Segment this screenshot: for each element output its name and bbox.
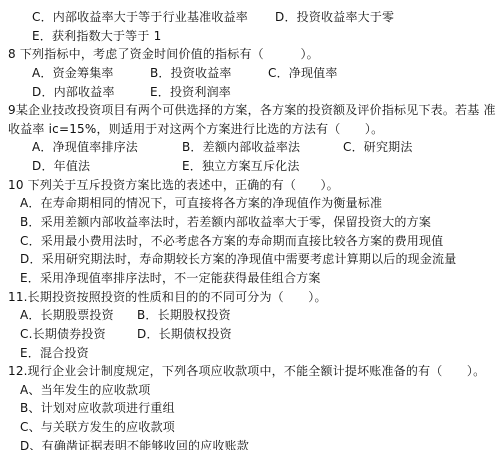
q9-option-a: A．净现值率排序法 bbox=[32, 138, 138, 157]
q10-option-a: A．在寿命期相同的情况下，可直接将各方案的净现值作为衡量标准 bbox=[20, 194, 382, 213]
q12-option-a-row: A、当年发生的应收款项 bbox=[0, 381, 502, 400]
q10-option-d: D．采用研究期法时，寿命期较长方案的净现值中需要考虑计算期以后的现金流量 bbox=[20, 250, 456, 269]
q10-option-c: C．采用最小费用法时，不必考虑各方案的寿命期而直接比较各方案的费用现值 bbox=[20, 232, 443, 251]
q8-stem: 8 下列指标中，考虑了资金时间价值的指标有（ ）。 bbox=[0, 45, 502, 64]
q12-option-b-row: B、计划对应收款项进行重组 bbox=[0, 399, 502, 418]
q12-option-d-row: D、有确凿证据表明不能够收回的应收账款 bbox=[0, 437, 502, 450]
q12-stem: 12.现行企业会计制度规定，下列各项应收款项中，不能全额计提坏账准备的有（ ）。 bbox=[0, 362, 502, 381]
q11-option-d: D．长期债权投资 bbox=[137, 325, 232, 344]
q11-option-b: B．长期股权投资 bbox=[137, 306, 231, 325]
q12-option-c-row: C、与关联方发生的应收款项 bbox=[0, 418, 502, 437]
q12-option-d: D、有确凿证据表明不能够收回的应收账款 bbox=[20, 437, 249, 450]
q11-option-e: E．混合投资 bbox=[20, 344, 89, 363]
q10-option-b: B．采用差额内部收益率法时，若差额内部收益率大于零，保留投资大的方案 bbox=[20, 213, 431, 232]
q8-option-d: D．内部收益率 bbox=[32, 83, 115, 102]
q12-option-a: A、当年发生的应收款项 bbox=[20, 381, 150, 400]
q9-option-b: B．差额内部收益率法 bbox=[182, 138, 300, 157]
q11-options-row-2: C.长期债券投资 D．长期债权投资 bbox=[0, 325, 502, 344]
q11-stem: 11.长期投资按照投资的性质和目的的不同可分为（ ）。 bbox=[0, 288, 502, 307]
q9-options-row-1: A．净现值率排序法 B．差额内部收益率法 C．研究期法 bbox=[0, 138, 502, 157]
q7-option-e: E．获利指数大于等于 1 bbox=[32, 27, 161, 46]
exam-document: C．内部收益率大于等于行业基准收益率 D．投资收益率大于零 E．获利指数大于等于… bbox=[0, 8, 502, 450]
q9-stem-line-2: 收益率 ic=15%，则适用于对这两个方案进行比选的方法有（ ）。 bbox=[0, 120, 502, 139]
q8-option-b: B．投资收益率 bbox=[150, 64, 232, 83]
q11-option-c: C.长期债券投资 bbox=[20, 325, 106, 344]
q10-stem: 10 下列关于互斥投资方案比选的表述中，正确的有（ ）。 bbox=[0, 176, 502, 195]
q10-option-b-row: B．采用差额内部收益率法时，若差额内部收益率大于零，保留投资大的方案 bbox=[0, 213, 502, 232]
q7-option-d: D．投资收益率大于零 bbox=[275, 8, 394, 27]
q8-option-c: C．净现值率 bbox=[268, 64, 338, 83]
q10-option-e-row: E．采用净现值率排序法时，不一定能获得最佳组合方案 bbox=[0, 269, 502, 288]
q11-options-row-3: E．混合投资 bbox=[0, 344, 502, 363]
q9-option-d: D．年值法 bbox=[32, 157, 90, 176]
q9-option-c: C．研究期法 bbox=[343, 138, 413, 157]
q8-option-e: E．投资利润率 bbox=[150, 83, 231, 102]
q11-option-a: A．长期股票投资 bbox=[20, 306, 114, 325]
q8-option-a: A．资金筹集率 bbox=[32, 64, 114, 83]
q10-option-c-row: C．采用最小费用法时，不必考虑各方案的寿命期而直接比较各方案的费用现值 bbox=[0, 232, 502, 251]
q10-option-d-row: D．采用研究期法时，寿命期较长方案的净现值中需要考虑计算期以后的现金流量 bbox=[0, 250, 502, 269]
q10-option-a-row: A．在寿命期相同的情况下，可直接将各方案的净现值作为衡量标准 bbox=[0, 194, 502, 213]
q12-option-b: B、计划对应收款项进行重组 bbox=[20, 399, 175, 418]
q11-options-row-1: A．长期股票投资 B．长期股权投资 bbox=[0, 306, 502, 325]
q12-option-c: C、与关联方发生的应收款项 bbox=[20, 418, 175, 437]
q9-options-row-2: D．年值法 E．独立方案互斥化法 bbox=[0, 157, 502, 176]
q9-stem-line-1: 9某企业技改投资项目有两个可供选择的方案，各方案的投资额及评价指标见下表。若基 … bbox=[0, 101, 502, 120]
q7-options-row-2: E．获利指数大于等于 1 bbox=[0, 27, 502, 46]
q9-option-e: E．独立方案互斥化法 bbox=[182, 157, 300, 176]
q7-options-row-1: C．内部收益率大于等于行业基准收益率 D．投资收益率大于零 bbox=[0, 8, 502, 27]
q8-options-row-2: D．内部收益率 E．投资利润率 bbox=[0, 83, 502, 102]
q10-option-e: E．采用净现值率排序法时，不一定能获得最佳组合方案 bbox=[20, 269, 321, 288]
q8-options-row-1: A．资金筹集率 B．投资收益率 C．净现值率 bbox=[0, 64, 502, 83]
q7-option-c: C．内部收益率大于等于行业基准收益率 bbox=[32, 8, 248, 27]
